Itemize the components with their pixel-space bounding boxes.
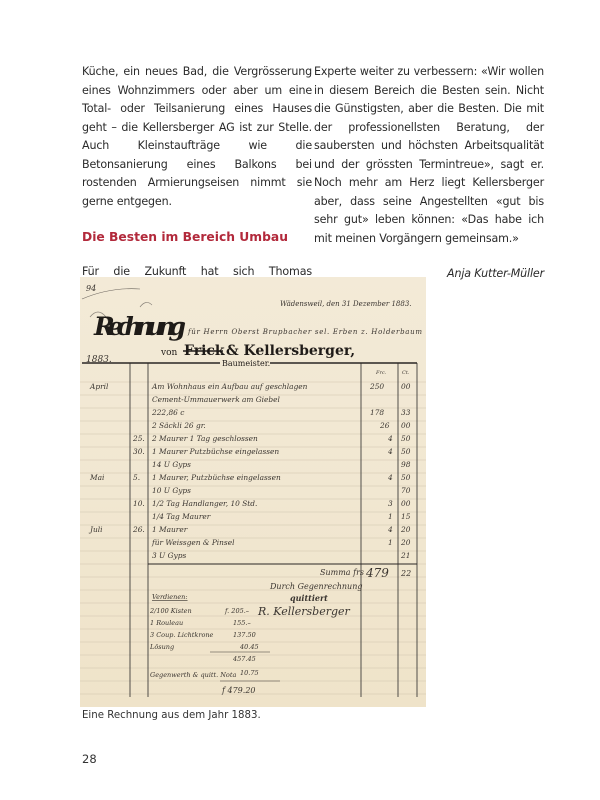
invoice-element: 2 Maurer 1 Tag geschlossen xyxy=(151,434,258,443)
invoice-element: R. Kellersberger xyxy=(257,605,351,618)
invoice-element: 457.45 xyxy=(232,655,256,663)
invoice-element: quittiert xyxy=(290,593,328,603)
invoice-element: 70 xyxy=(401,486,411,495)
invoice-element: 1 Maurer Putzbüchse eingelassen xyxy=(152,447,279,456)
invoice-element: 3 Coup. Lichtkrone xyxy=(150,631,214,639)
invoice-element: 4 xyxy=(387,525,393,534)
invoice-element: 33 xyxy=(401,408,411,417)
invoice-element: 98 xyxy=(401,460,411,469)
section-heading: Die Besten im Bereich Umbau xyxy=(82,228,312,247)
invoice-element: April xyxy=(89,382,109,391)
invoice-element: 1 xyxy=(388,538,393,547)
invoice-element: 00 xyxy=(401,499,411,508)
invoice-element: 10. xyxy=(133,499,145,508)
invoice-element: 25. xyxy=(132,434,145,443)
invoice-element: Rechnung xyxy=(93,312,186,341)
invoice-element: 20 xyxy=(400,525,411,534)
invoice-element: 15 xyxy=(401,512,411,521)
article-right-column: Experte weiter zu verbessern: «Wir wolle… xyxy=(314,63,544,284)
invoice-element: 20 xyxy=(400,538,411,547)
invoice-element: 479 xyxy=(365,566,389,580)
invoice-element: 94 xyxy=(86,284,96,293)
invoice-element: 26. xyxy=(132,525,145,534)
invoice-element: 22 xyxy=(400,569,411,578)
invoice-element: 1883. xyxy=(86,355,112,365)
invoice-element: 1 Rouleau xyxy=(150,619,183,627)
invoice-element: 40.45 xyxy=(239,643,259,651)
invoice-element: Baumeister. xyxy=(222,359,270,368)
left-paragraph-1: Küche, ein neues Bad, die Vergrösserung … xyxy=(82,63,312,211)
invoice-element: 1 Maurer, Putzbüchse eingelassen xyxy=(152,473,281,482)
invoice-element: 50 xyxy=(401,447,411,456)
right-paragraph-1: Experte weiter zu verbessern: «Wir wolle… xyxy=(314,63,544,248)
invoice-rows: April Am Wohnhaus ein Aufbau auf geschla… xyxy=(88,382,411,560)
invoice-element: 30. xyxy=(133,447,145,456)
invoice-element: 250 xyxy=(369,382,384,391)
invoice-element: Ct. xyxy=(402,370,410,376)
invoice-element: 1 Maurer xyxy=(152,525,188,534)
invoice-element: Cement-Ummauerwerk am Giebel xyxy=(152,395,281,404)
invoice-element: für Herrn Oberst Brupbacher sel. Erben z… xyxy=(187,328,422,336)
invoice-element: 3 xyxy=(388,499,393,508)
invoice-element: 178 xyxy=(370,408,384,417)
invoice-element: 2/100 Kisten xyxy=(149,607,192,615)
invoice-element: & Kellersberger, xyxy=(226,343,355,359)
invoice-element: für Weissgen & Pinsel xyxy=(151,538,235,547)
invoice-element: 14 U Gyps xyxy=(152,460,191,469)
invoice-element: Frc. xyxy=(375,370,387,376)
invoice-illustration: 94 Rechnung Wädensweil, den 31 Dezember … xyxy=(80,277,426,707)
invoice-element: 222,86 c xyxy=(151,408,184,417)
invoice-element: 00 xyxy=(401,382,411,391)
invoice-element: Gegenwerth & quitt. Nota xyxy=(150,671,236,679)
invoice-element: 2 Säckli 26 gr. xyxy=(151,421,206,430)
invoice-element: Mai xyxy=(89,473,104,482)
invoice-element: 4 xyxy=(387,473,393,482)
invoice-element: Lösung xyxy=(149,643,174,651)
invoice-element: 3 U Gyps xyxy=(152,551,186,560)
invoice-element: f. 205.– xyxy=(224,607,249,615)
invoice-element: 21 xyxy=(400,551,410,560)
invoice-element: Juli xyxy=(88,525,102,534)
invoice-element: 26 xyxy=(379,421,390,430)
invoice-element: 10.75 xyxy=(240,669,259,677)
invoice-element: Durch Gegenrechnung xyxy=(269,582,362,591)
invoice-element: 00 xyxy=(401,421,411,430)
invoice-element: 10 U Gyps xyxy=(152,486,191,495)
invoice-element: von xyxy=(160,348,178,358)
invoice-element: Wädensweil, den 31 Dezember 1883. xyxy=(280,300,412,308)
invoice-element: Am Wohnhaus ein Aufbau auf geschlagen xyxy=(151,382,308,391)
page-number: 28 xyxy=(82,752,97,766)
invoice-element: 50 xyxy=(401,473,411,482)
figure-caption: Eine Rechnung aus dem Jahr 1883. xyxy=(82,710,261,721)
invoice-element: 1 xyxy=(388,512,393,521)
invoice-element: 50 xyxy=(401,434,411,443)
invoice-element: 137.50 xyxy=(233,631,256,639)
invoice-element: Summa frs xyxy=(320,568,364,577)
invoice-element: 1/4 Tag Maurer xyxy=(152,512,211,521)
invoice-element: f 479.20 xyxy=(221,686,256,695)
invoice-element: 5. xyxy=(133,473,140,482)
invoice-image: 94 Rechnung Wädensweil, den 31 Dezember … xyxy=(80,277,426,707)
invoice-element: Verdienen: xyxy=(152,593,188,601)
invoice-element: 4 xyxy=(387,447,393,456)
invoice-element: 4 xyxy=(387,434,393,443)
invoice-element: 155.– xyxy=(233,619,251,627)
invoice-element: 1/2 Tag Handlanger, 10 Std. xyxy=(152,499,257,508)
